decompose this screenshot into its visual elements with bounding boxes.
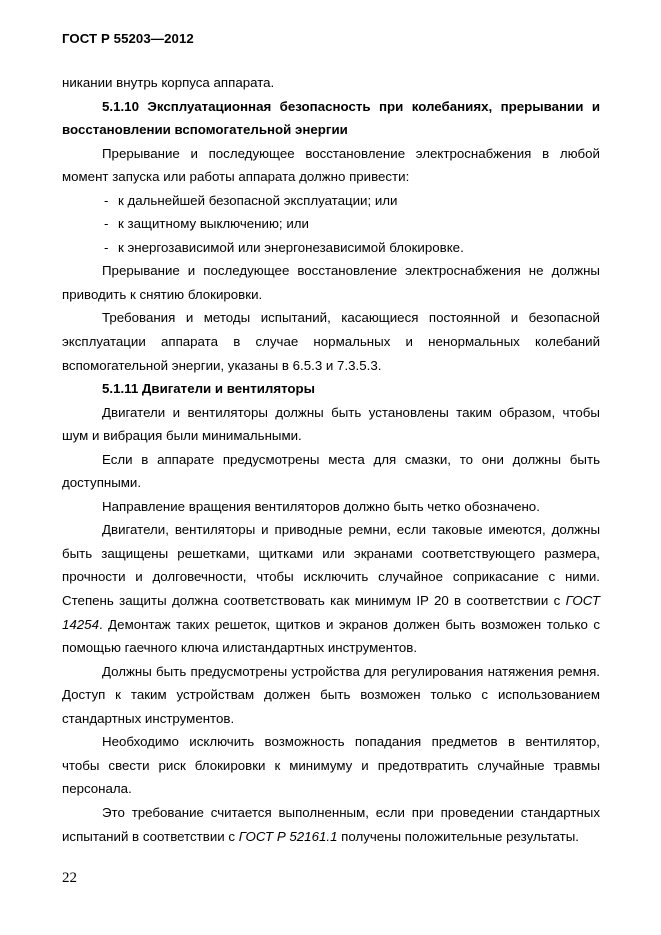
paragraph: Если в аппарате предусмотрены места для … [62, 448, 600, 495]
text-run: . Демонтаж таких решеток, щитков и экран… [62, 617, 600, 656]
paragraph: Это требование считается выполненным, ес… [62, 801, 600, 848]
list-item: - к дальнейшей безопасной эксплуатации; … [62, 189, 600, 213]
list-item: - к защитному выключению; или [62, 212, 600, 236]
section-heading-5-1-10: 5.1.10 Эксплуатационная безопасность при… [62, 95, 600, 142]
running-header: ГОСТ Р 55203—2012 [62, 31, 194, 46]
list-dash: - [104, 236, 108, 260]
paragraph: Двигатели и вентиляторы должны быть уста… [62, 401, 600, 448]
list-item-text: к защитному выключению; или [118, 216, 309, 231]
paragraph: Необходимо исключить возможность попадан… [62, 730, 600, 801]
text-run: получены положительные результаты. [337, 829, 579, 844]
paragraph: Прерывание и последующее восстановление … [62, 259, 600, 306]
body-text: никании внутрь корпуса аппарата. 5.1.10 … [62, 71, 600, 848]
paragraph: Требования и методы испытаний, касающиес… [62, 306, 600, 377]
list-item-text: к энергозависимой или энергонезависимой … [118, 240, 464, 255]
paragraph: Двигатели, вентиляторы и приводные ремни… [62, 518, 600, 659]
paragraph: Прерывание и последующее восстановление … [62, 142, 600, 189]
list-dash: - [104, 212, 108, 236]
section-heading-5-1-11: 5.1.11 Двигатели и вентиляторы [62, 377, 600, 401]
list-item-text: к дальнейшей безопасной эксплуатации; ил… [118, 193, 398, 208]
paragraph: Направление вращения вентиляторов должно… [62, 495, 600, 519]
page-number: 22 [62, 870, 77, 887]
paragraph: Должны быть предусмотрены устройства для… [62, 660, 600, 731]
text-run: Двигатели, вентиляторы и приводные ремни… [62, 522, 600, 608]
standard-reference: ГОСТ Р 52161.1 [239, 829, 338, 844]
list-dash: - [104, 189, 108, 213]
list-item: - к энергозависимой или энергонезависимо… [62, 236, 600, 260]
continuation-paragraph: никании внутрь корпуса аппарата. [62, 71, 600, 95]
document-page: ГОСТ Р 55203—2012 никании внутрь корпуса… [0, 0, 661, 935]
